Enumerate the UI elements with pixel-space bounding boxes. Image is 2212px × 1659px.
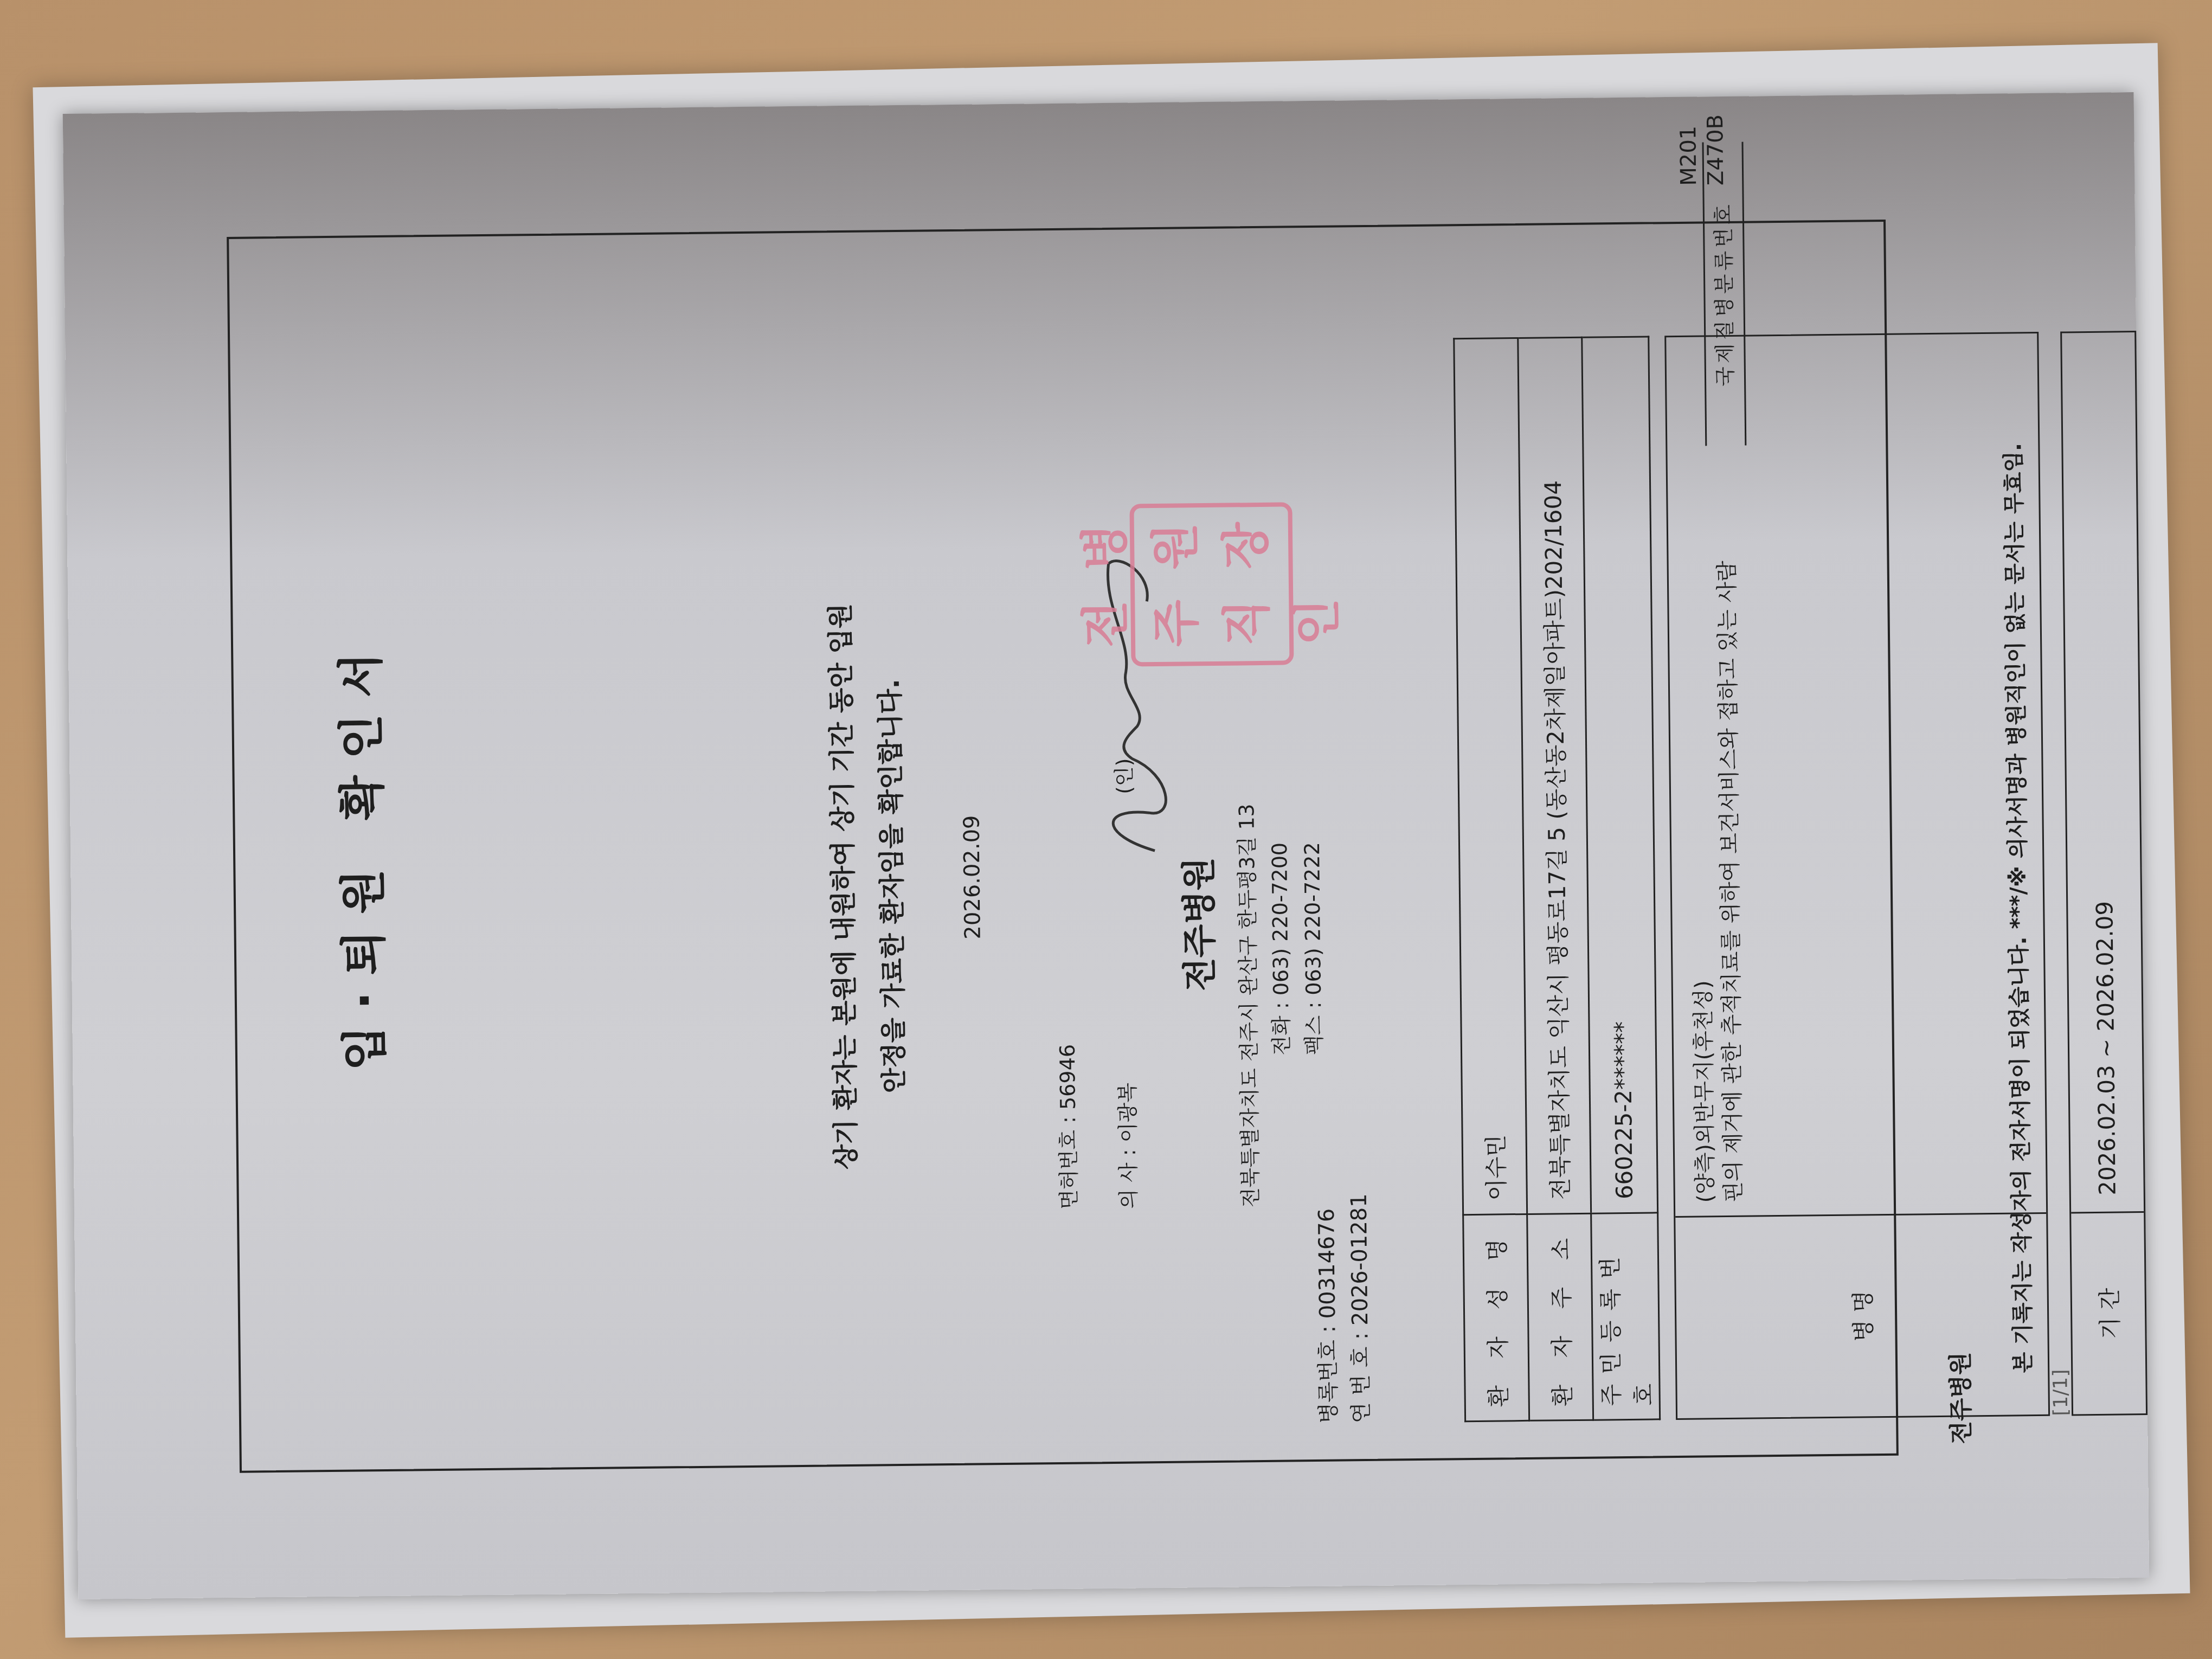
hospital-seal: 전주 병원 직인 장 xyxy=(1129,502,1294,666)
period-section: 기 간 2026.02.03 ~ 2026.02.09 xyxy=(2060,331,2147,1416)
footer-hospital-name: 전주병원 xyxy=(1941,1352,1977,1444)
table-row: 환 자 성 명 이수민 xyxy=(1454,338,1529,1421)
icd-codes: M201 Z470B xyxy=(1675,114,1729,186)
hospital-address: 전북특별자치도 전주시 완산구 한두평3길 13 xyxy=(1234,803,1263,1207)
patient-address-label: 환 자 주 소 xyxy=(1527,1213,1593,1420)
patient-info-table: 환 자 성 명 이수민 환 자 주 소 전북특별자치도 익산시 평동로17길 5… xyxy=(1453,336,1661,1422)
patient-name-label: 환 자 성 명 xyxy=(1463,1214,1529,1421)
patient-rrn-label: 주민등록번호 xyxy=(1591,1213,1660,1420)
patient-address: 전북특별자치도 익산시 평동로17길 5 (동산동2차제일아파트)202/160… xyxy=(1518,337,1591,1214)
table-row: 환 자 주 소 전북특별자치도 익산시 평동로17길 5 (동산동2차제일아파트… xyxy=(1518,337,1593,1420)
diagnosis-text: (양측)외반무지(후천성) 핀의 제거에 관한 추적치료를 위하여 보건서비스와… xyxy=(1685,561,1748,1203)
page-count: [1/1] xyxy=(2049,1369,2072,1416)
patient-name: 이수민 xyxy=(1454,338,1527,1214)
serial-number: 연 번 호 : 2026-01281 xyxy=(1343,1193,1378,1423)
chart-number: 병록번호 : 00314676 xyxy=(1310,1194,1345,1424)
confirmation-statement: 상기 환자는 본원에 내원하여 상기 기간 동안 입원 안정을 가료한 환자임을… xyxy=(813,344,922,1429)
hospital-name: 전주병원 xyxy=(1171,857,1223,991)
period-value: 2026.02.03 ~ 2026.02.09 xyxy=(2091,901,2121,1212)
hospital-fax: 팩스 : 063) 220-7222 xyxy=(1295,803,1332,1207)
confirmation-document: 입·퇴원 확인서 병록번호 : 00314676 연 번 호 : 2026-01… xyxy=(63,92,2149,1599)
diagnosis-section: 병 명 (양측)외반무지(후천성) 핀의 제거에 관한 추적치료를 위하여 보건… xyxy=(1664,332,2050,1420)
issue-date: 2026.02.09 xyxy=(959,815,985,940)
diagnosis-label: 병 명 xyxy=(1675,1212,2048,1418)
table-row: 주민등록번호 660225-2****** xyxy=(1582,337,1660,1420)
hospital-phone: 전화 : 063) 220-7200 xyxy=(1263,803,1300,1207)
hospital-contact: 전북특별자치도 전주시 완산구 한두평3길 13 전화 : 063) 220-7… xyxy=(1230,803,1332,1208)
patient-rrn: 660225-2****** xyxy=(1582,337,1658,1213)
period-label: 기 간 xyxy=(2071,1211,2146,1414)
document-meta: 병록번호 : 00314676 연 번 호 : 2026-01281 xyxy=(1310,1193,1378,1424)
icd-label: 국제질병분류번호 xyxy=(1702,142,1746,446)
